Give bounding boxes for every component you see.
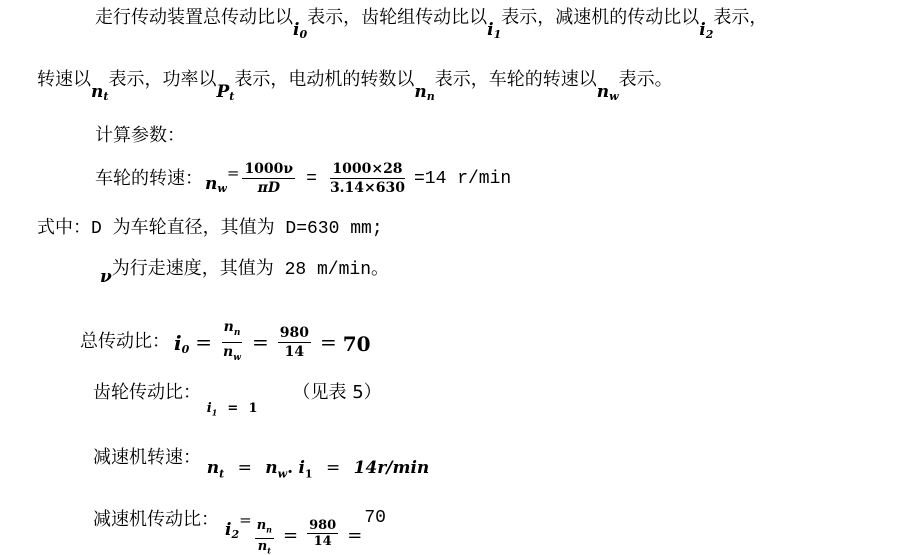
fraction-nn-over-nw: nn nw — [221, 318, 243, 367]
fraction-980-over-14: 980 14 — [278, 324, 311, 361]
reducer-speed-expression: nt = nw. i1 = 14r/min — [207, 456, 430, 486]
equals: = — [252, 330, 269, 354]
reducer-speed-formula: 减速机转速： nt = nw. i1 = 14r/min — [93, 446, 429, 476]
symbol-nt: nt — [91, 80, 108, 109]
symbol-i2: i2 — [699, 18, 713, 47]
text: 表示，功率以 — [108, 69, 216, 90]
text: 表示，齿轮组传动比以 — [307, 7, 487, 28]
text: 表示， — [713, 7, 767, 28]
symbol-pt: Pt — [216, 80, 234, 109]
text: 表示。 — [619, 69, 673, 90]
equals: = — [347, 524, 362, 548]
table-reference: （见表 5） — [292, 382, 381, 403]
where-prefix: 式中： — [37, 217, 91, 238]
result: 70 — [364, 506, 386, 530]
result: 70 — [343, 332, 371, 356]
equals: = — [306, 167, 317, 191]
where-v: ν为行走速度，其值为 28 m/min。 — [100, 257, 389, 282]
equals: = — [320, 330, 337, 354]
symbol-nw: nw — [205, 172, 227, 201]
fraction-nn-over-nt: nn nt — [255, 518, 274, 555]
equals: = — [195, 330, 212, 354]
text: 转速以 — [37, 69, 91, 90]
text: 表示，电动机的转数以 — [234, 69, 414, 90]
where-d: 式中：D 为车轮直径，其值为 D=630 mm; — [37, 216, 383, 241]
symbol-i0: i0 — [293, 18, 307, 47]
label: 减速机传动比： — [93, 508, 219, 532]
text: 表示，减速机的传动比以 — [501, 7, 699, 28]
symbol-v: ν — [100, 265, 112, 289]
equals: = — [239, 508, 252, 532]
symbol-i1: i1 — [487, 18, 501, 47]
paragraph-line-1: 走行传动装置总传动比以i0表示，齿轮组传动比以i1表示，减速机的传动比以i2表示… — [95, 6, 767, 35]
total-ratio-formula: 总传动比： i0 = nn nw = 980 14 = 70 — [80, 318, 371, 367]
d-description: D 为车轮直径，其值为 D=630 mm; — [91, 219, 383, 239]
v-description: 为行走速度，其值为 28 m/min。 — [112, 260, 389, 280]
fraction-980-over-14: 980 14 — [307, 518, 338, 549]
paragraph-line-2: 转速以nt表示，功率以Pt表示，电动机的转数以nn表示，车轮的转速以nw表示。 — [37, 68, 673, 97]
equals: = — [283, 524, 298, 548]
label: 车轮的转速： — [95, 167, 203, 191]
result: =14 r/min — [414, 167, 511, 191]
gear-ratio-expression: i1 = 1 — [207, 397, 287, 425]
symbol-i0: i0 — [174, 331, 189, 362]
equals: = — [227, 161, 240, 185]
label: 减速机转速： — [93, 447, 201, 468]
fraction-1000v-over-piD: 1000ν πD — [242, 160, 295, 197]
fraction-numbers: 1000×28 3.14×630 — [328, 160, 407, 197]
label: 齿轮传动比： — [93, 382, 201, 403]
symbol-i2: i2 — [225, 518, 239, 547]
label: 总传动比： — [80, 330, 170, 354]
symbol-nw: nw — [597, 80, 619, 109]
wheel-speed-formula: 车轮的转速： nw = 1000ν πD = 1000×28 3.14×630 … — [95, 160, 511, 197]
text: 走行传动装置总传动比以 — [95, 7, 293, 28]
reducer-ratio-formula: 减速机传动比： i2 = nn nt = 980 14 = 70 — [93, 506, 386, 555]
calc-heading: 计算参数： — [95, 124, 185, 148]
symbol-nn: nn — [414, 80, 434, 109]
text: 表示，车轮的转速以 — [435, 69, 597, 90]
gear-ratio-formula: 齿轮传动比： i1 = 1 （见表 5） — [93, 381, 382, 411]
